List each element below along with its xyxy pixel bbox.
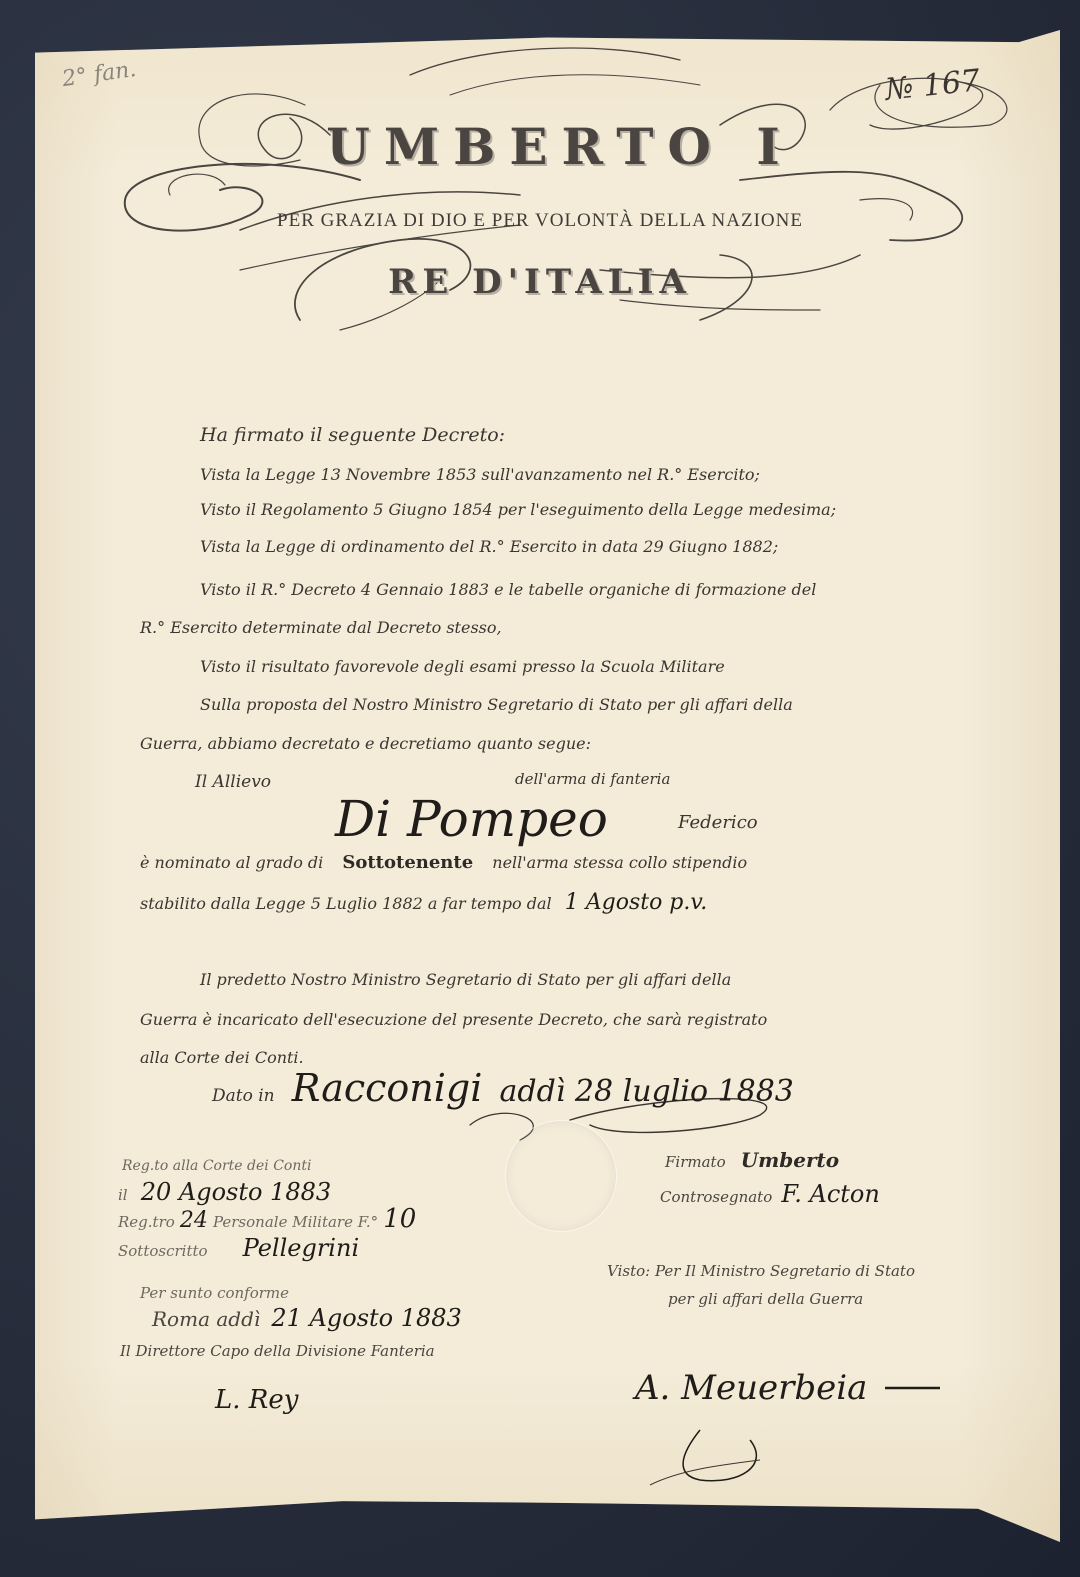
body-line-1: Vista la Legge 13 Novembre 1853 sull'ava…	[200, 465, 760, 484]
cert-date: 21 Agosto 1883	[271, 1304, 461, 1332]
signature-flourish-icon	[620, 1380, 960, 1490]
reg-line-1: Reg.to alla Corte dei Conti	[122, 1158, 311, 1174]
closing-line-0: Il predetto Nostro Ministro Segretario d…	[200, 970, 731, 989]
cert-line-1: Per sunto conforme	[140, 1284, 289, 1302]
body-line-3: Vista la Legge di ordinamento del R.° Es…	[200, 537, 778, 556]
visto-line-2: per gli affari della Guerra	[668, 1290, 863, 1308]
rank: Sottotenente	[342, 852, 473, 873]
body-line-8: Guerra, abbiamo decretato e decretiamo q…	[140, 734, 591, 753]
body-line-6: Visto il risultato favorevole degli esam…	[200, 657, 725, 676]
body-line-4: Visto il R.° Decreto 4 Gennaio 1883 e le…	[200, 580, 816, 599]
cert-signature: L. Rey	[215, 1385, 298, 1415]
body-line-0: Ha firmato il seguente Decreto:	[200, 424, 505, 446]
appointment-line-2: stabilito dalla Legge 5 Luglio 1882 a fa…	[140, 890, 707, 915]
closing-line-1: Guerra è incaricato dell'esecuzione del …	[140, 1010, 767, 1029]
appointee-prefix: Il Allievo	[195, 772, 271, 792]
controseg-line: Controsegnato F. Acton	[660, 1180, 880, 1208]
controseg-name: F. Acton	[781, 1180, 880, 1208]
reg-tro-label: Reg.tro	[118, 1213, 175, 1231]
appointment-text-c: stabilito dalla Legge 5 Luglio 1882 a fa…	[140, 894, 552, 913]
embossed-seal	[505, 1120, 617, 1232]
header-title: UMBERTO I	[310, 117, 810, 176]
reg-text: Personale Militare F.°	[213, 1213, 378, 1231]
reg-il-label: il	[118, 1186, 128, 1204]
reg-sottoscritto-label: Sottoscritto	[118, 1242, 208, 1260]
firmato-name: Umberto	[741, 1148, 839, 1172]
firmato-label: Firmato	[665, 1153, 726, 1171]
reg-line-4: Sottoscritto Pellegrini	[118, 1234, 359, 1262]
header-title-2: RE D'ITALIA	[370, 262, 710, 302]
cert-place: Roma addì	[152, 1307, 260, 1331]
place: Racconigi	[292, 1066, 483, 1110]
reg-line-2: il 20 Agosto 1883	[118, 1178, 331, 1206]
header-subtitle: PER GRAZIA DI DIO E PER VOLONTÀ DELLA NA…	[260, 210, 820, 232]
appointee-surname: Di Pompeo	[335, 790, 608, 848]
dato-label: Dato in	[212, 1086, 275, 1106]
effective-date: 1 Agosto p.v.	[565, 890, 707, 915]
date-phrase: addì 28 luglio 1883	[500, 1074, 794, 1109]
body-line-5: R.° Esercito determinate dal Decreto ste…	[140, 618, 502, 637]
firmato-line: Firmato Umberto	[665, 1148, 839, 1172]
appointment-text-b: nell'arma stessa collo stipendio	[492, 853, 747, 872]
appointment-line-1: è nominato al grado di Sottotenente nell…	[140, 852, 747, 873]
cert-line-3: Il Direttore Capo della Divisione Fanter…	[120, 1342, 435, 1360]
dato-line: Dato in Racconigi addì 28 luglio 1883	[212, 1066, 794, 1110]
closing-line-2: alla Corte dei Conti.	[140, 1048, 304, 1067]
visto-line-1: Visto: Per Il Ministro Segretario di Sta…	[607, 1262, 915, 1280]
reg-number: 24	[180, 1208, 208, 1233]
reg-line-3: Reg.tro 24 Personale Militare F.° 10	[118, 1204, 416, 1234]
cert-line-2: Roma addì 21 Agosto 1883	[152, 1304, 462, 1332]
appointee-arm: dell'arma di fanteria	[515, 770, 670, 788]
body-line-7: Sulla proposta del Nostro Ministro Segre…	[200, 695, 793, 714]
reg-folio: 10	[383, 1204, 416, 1234]
reg-date: 20 Agosto 1883	[141, 1178, 331, 1206]
appointment-text-a: è nominato al grado di	[140, 853, 323, 872]
appointee-given-name: Federico	[678, 812, 758, 833]
reg-signature: Pellegrini	[243, 1234, 359, 1262]
controseg-label: Controsegnato	[660, 1188, 772, 1206]
body-line-2: Visto il Regolamento 5 Giugno 1854 per l…	[200, 500, 836, 519]
